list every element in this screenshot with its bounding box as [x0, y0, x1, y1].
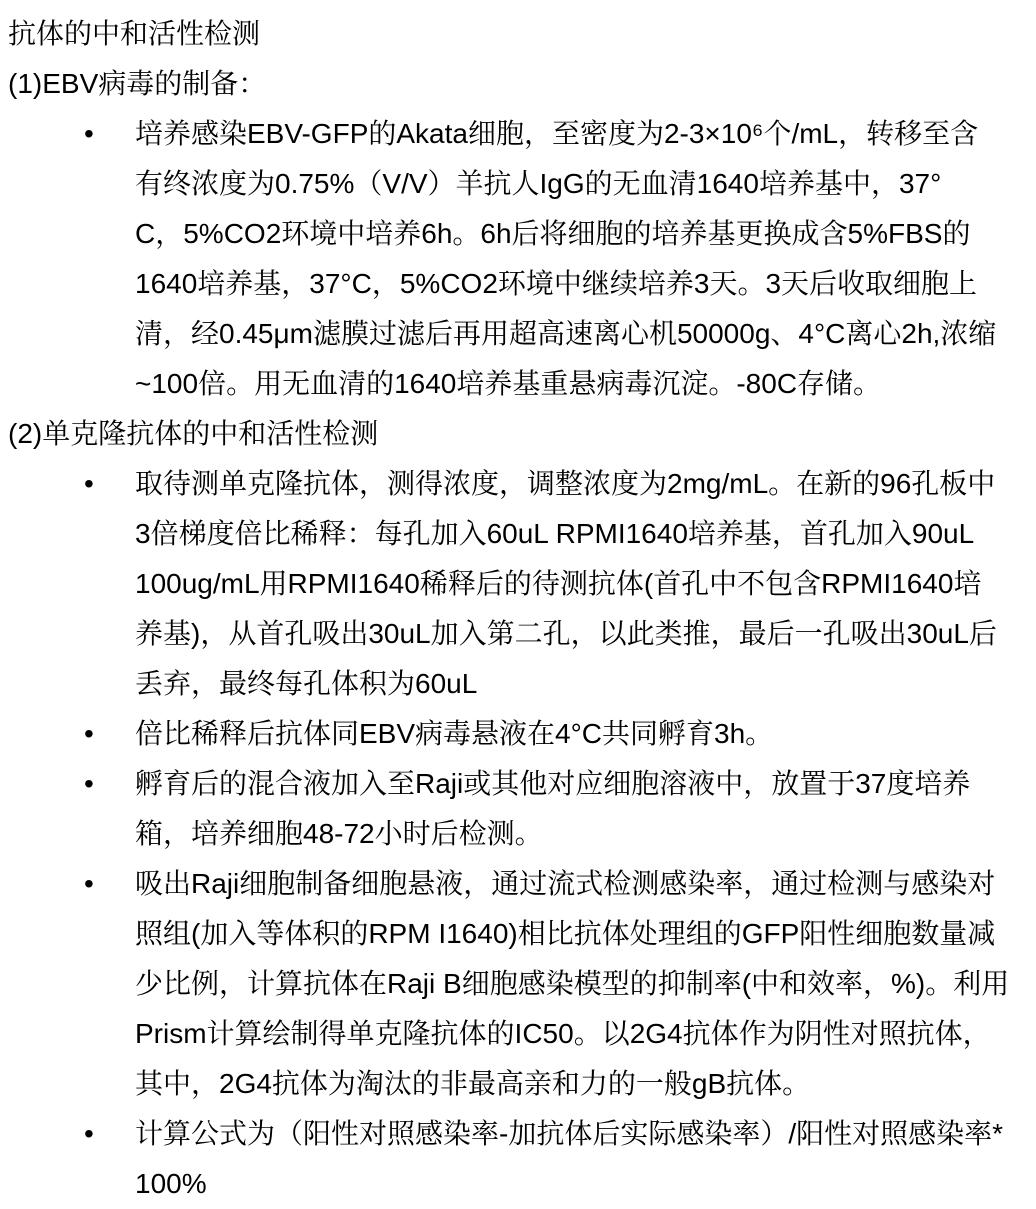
bullet-text: 养基)，从首孔吸出30uL加入第二孔，以此类推，最后一孔吸出30uL后 [135, 618, 997, 649]
bullet-text: C，5%CO2环境中培养6h。6h后将细胞的培养基更换成含5%FBS的 [135, 218, 970, 249]
section-2-heading: (2)单克隆抗体的中和活性检测 [8, 409, 1028, 459]
bullet-line: • 计算公式为（阳性对照感染率-加抗体后实际感染率）/阳性对照感染率* [8, 1109, 1028, 1159]
bullet-icon: • [84, 1109, 94, 1159]
bullet-text: 其中，2G4抗体为淘汰的非最高亲和力的一般gB抗体。 [135, 1068, 810, 1099]
bullet-text: 倍比稀释后抗体同EBV病毒悬液在4°C共同孵育3h。 [135, 718, 773, 749]
bullet-line-continuation: 有终浓度为0.75%（V/V）羊抗人IgG的无血清1640培养基中，37° [8, 159, 1028, 209]
section-2-heading-text: (2)单克隆抗体的中和活性检测 [8, 418, 378, 449]
bullet-text: 吸出Raji细胞制备细胞悬液，通过流式检测感染率，通过检测与感染对 [135, 868, 995, 899]
bullet-text: 箱，培养细胞48-72小时后检测。 [135, 818, 543, 849]
bullet-text: 有终浓度为0.75%（V/V）羊抗人IgG的无血清1640培养基中，37° [135, 168, 941, 199]
bullet-line-continuation: 3倍梯度倍比稀释：每孔加入60uL RPMI1640培养基，首孔加入90uL [8, 509, 1028, 559]
bullet-line-continuation: ~100倍。用无血清的1640培养基重悬病毒沉淀。-80C存储。 [8, 359, 1028, 409]
document-title: 抗体的中和活性检测 [8, 9, 1028, 59]
bullet-text: 培养感染EBV-GFP的Akata细胞，至密度为2-3×10⁶个/mL，转移至含 [135, 118, 978, 149]
bullet-text: Prism计算绘制得单克隆抗体的IC50。以2G4抗体作为阴性对照抗体， [135, 1018, 991, 1049]
bullet-line-continuation: Prism计算绘制得单克隆抗体的IC50。以2G4抗体作为阴性对照抗体， [8, 1009, 1028, 1059]
bullet-text: 3倍梯度倍比稀释：每孔加入60uL RPMI1640培养基，首孔加入90uL [135, 518, 974, 549]
bullet-line-continuation: 100% [8, 1159, 1028, 1209]
bullet-line-continuation: C，5%CO2环境中培养6h。6h后将细胞的培养基更换成含5%FBS的 [8, 209, 1028, 259]
bullet-line: • 倍比稀释后抗体同EBV病毒悬液在4°C共同孵育3h。 [8, 709, 1028, 759]
bullet-text: 1640培养基，37°C，5%CO2环境中继续培养3天。3天后收取细胞上 [135, 268, 977, 299]
bullet-icon: • [84, 709, 94, 759]
bullet-line-continuation: 1640培养基，37°C，5%CO2环境中继续培养3天。3天后收取细胞上 [8, 259, 1028, 309]
bullet-line-continuation: 清，经0.45μm滤膜过滤后再用超高速离心机50000g、4°C离心2h,浓缩 [8, 309, 1028, 359]
bullet-line-continuation: 照组(加入等体积的RPM I1640)相比抗体处理组的GFP阳性细胞数量减 [8, 909, 1028, 959]
bullet-line: • 取待测单克隆抗体，测得浓度，调整浓度为2mg/mL。在新的96孔板中 [8, 459, 1028, 509]
bullet-icon: • [84, 459, 94, 509]
section-1-heading-text: (1)EBV病毒的制备： [8, 68, 266, 99]
bullet-text: 清，经0.45μm滤膜过滤后再用超高速离心机50000g、4°C离心2h,浓缩 [135, 318, 996, 349]
bullet-line: • 培养感染EBV-GFP的Akata细胞，至密度为2-3×10⁶个/mL，转移… [8, 109, 1028, 159]
bullet-line-continuation: 箱，培养细胞48-72小时后检测。 [8, 809, 1028, 859]
bullet-line-continuation: 丢弃，最终每孔体积为60uL [8, 659, 1028, 709]
bullet-line: • 孵育后的混合液加入至Raji或其他对应细胞溶液中，放置于37度培养 [8, 759, 1028, 809]
bullet-text: 100% [135, 1168, 207, 1199]
bullet-line: • 吸出Raji细胞制备细胞悬液，通过流式检测感染率，通过检测与感染对 [8, 859, 1028, 909]
document: 抗体的中和活性检测 (1)EBV病毒的制备： • 培养感染EBV-GFP的Aka… [0, 0, 1036, 1209]
bullet-icon: • [84, 859, 94, 909]
bullet-line-continuation: 100ug/mL用RPMI1640稀释后的待测抗体(首孔中不包含RPMI1640… [8, 559, 1028, 609]
bullet-line-continuation: 其中，2G4抗体为淘汰的非最高亲和力的一般gB抗体。 [8, 1059, 1028, 1109]
bullet-text: 取待测单克隆抗体，测得浓度，调整浓度为2mg/mL。在新的96孔板中 [135, 468, 995, 499]
bullet-line-continuation: 养基)，从首孔吸出30uL加入第二孔，以此类推，最后一孔吸出30uL后 [8, 609, 1028, 659]
bullet-text: 孵育后的混合液加入至Raji或其他对应细胞溶液中，放置于37度培养 [135, 768, 970, 799]
bullet-icon: • [84, 759, 94, 809]
bullet-text: 100ug/mL用RPMI1640稀释后的待测抗体(首孔中不包含RPMI1640… [135, 568, 981, 599]
bullet-line-continuation: 少比例，计算抗体在Raji B细胞感染模型的抑制率(中和效率，%)。利用 [8, 959, 1028, 1009]
bullet-text: 计算公式为（阳性对照感染率-加抗体后实际感染率）/阳性对照感染率* [135, 1118, 1003, 1149]
document-title-text: 抗体的中和活性检测 [8, 18, 260, 49]
bullet-text: 少比例，计算抗体在Raji B细胞感染模型的抑制率(中和效率，%)。利用 [135, 968, 1009, 999]
bullet-icon: • [84, 109, 94, 159]
section-1-heading: (1)EBV病毒的制备： [8, 59, 1028, 109]
bullet-text: 照组(加入等体积的RPM I1640)相比抗体处理组的GFP阳性细胞数量减 [135, 918, 995, 949]
bullet-text: 丢弃，最终每孔体积为60uL [135, 668, 477, 699]
bullet-text: ~100倍。用无血清的1640培养基重悬病毒沉淀。-80C存储。 [135, 368, 881, 399]
